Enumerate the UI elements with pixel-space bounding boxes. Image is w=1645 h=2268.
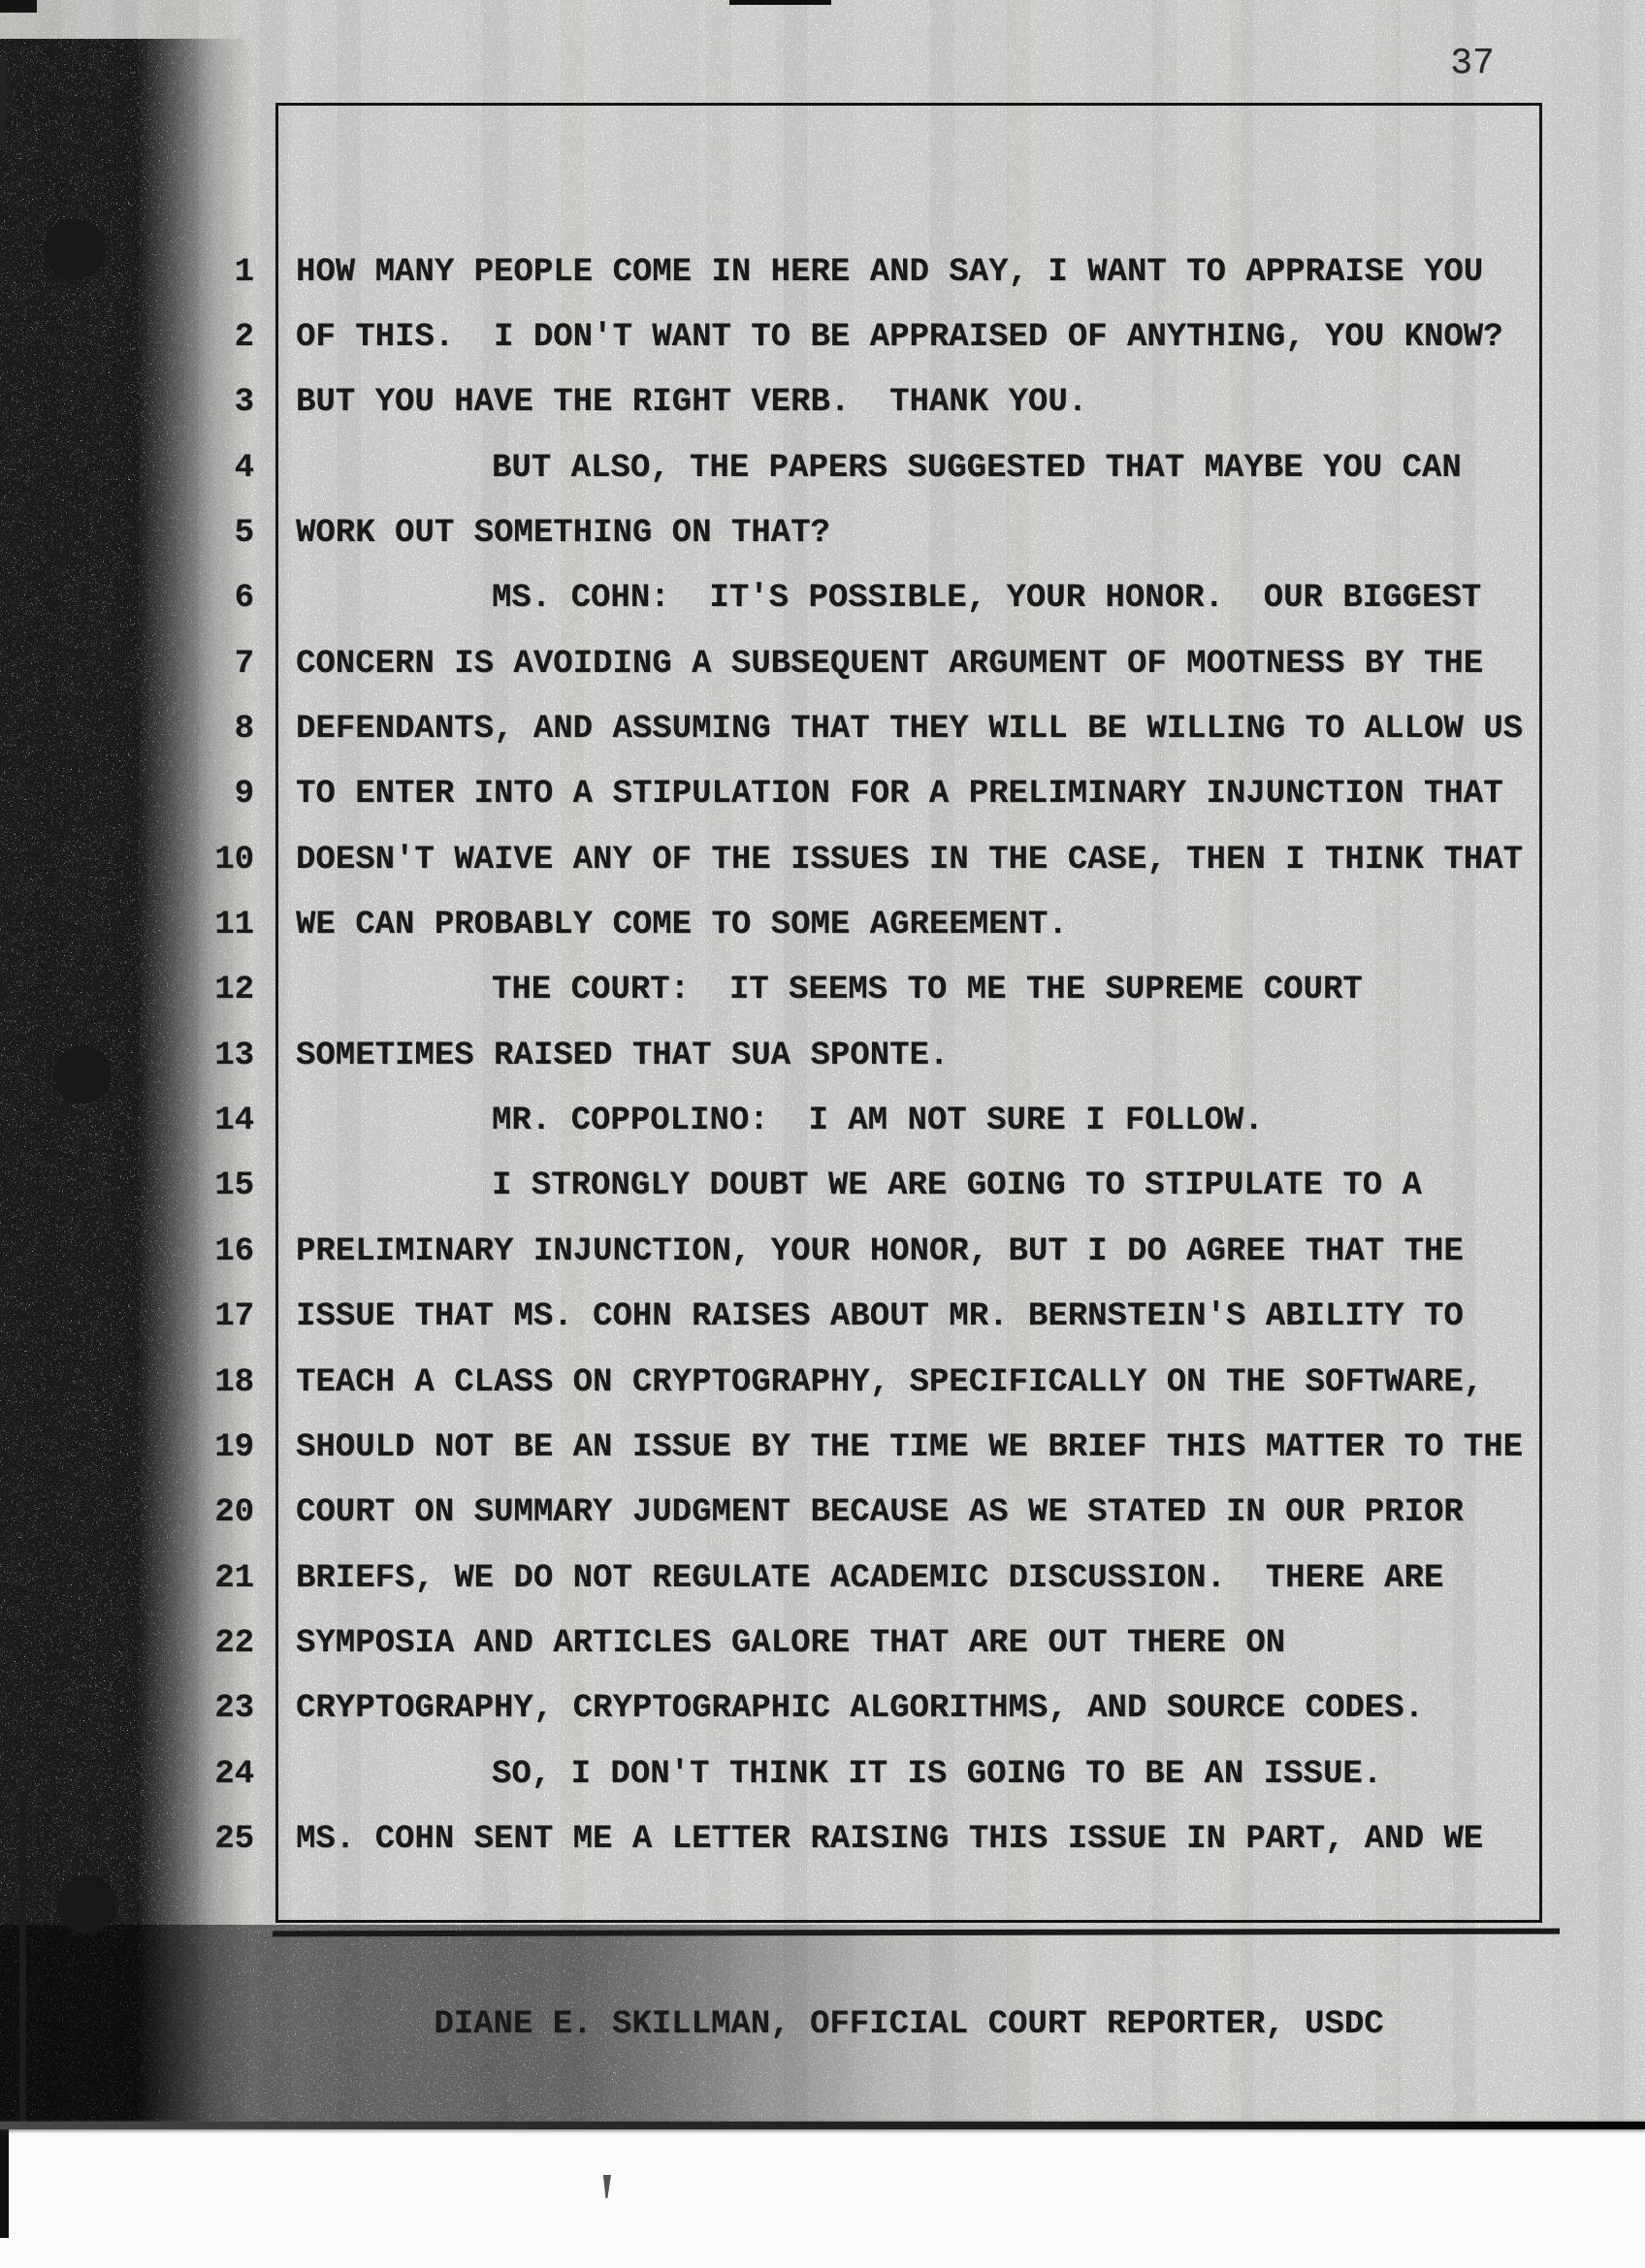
line-text: CONCERN IS AVOIDING A SUBSEQUENT ARGUMEN… [296,646,1483,683]
transcript-lines: 1 HOW MANY PEOPLE COME IN HERE AND SAY, … [0,240,1542,1872]
line-text: BRIEFS, WE DO NOT REGULATE ACADEMIC DISC… [296,1560,1443,1597]
transcript-line: 22 SYMPOSIA AND ARTICLES GALORE THAT ARE… [0,1611,1542,1676]
transcript-line: 20 COURT ON SUMMARY JUDGMENT BECAUSE AS … [0,1481,1542,1546]
line-text: MS. COHN: IT'S POSSIBLE, YOUR HONOR. OUR… [492,580,1481,617]
line-text: MR. COPPOLINO: I AM NOT SURE I FOLLOW. [492,1102,1264,1139]
line-text: COURT ON SUMMARY JUDGMENT BECAUSE AS WE … [296,1494,1464,1531]
scan-artifact-left-edge [0,56,6,148]
line-number: 3 [0,384,254,421]
transcript-line: 19 SHOULD NOT BE AN ISSUE BY THE TIME WE… [0,1415,1542,1480]
line-number: 16 [0,1233,254,1270]
transcript-line: 4 BUT ALSO, THE PAPERS SUGGESTED THAT MA… [0,435,1542,500]
line-text: I STRONGLY DOUBT WE ARE GOING TO STIPULA… [492,1167,1422,1204]
transcript-line: 7 CONCERN IS AVOIDING A SUBSEQUENT ARGUM… [0,631,1542,696]
line-text: SOMETIMES RAISED THAT SUA SPONTE. [296,1038,949,1074]
line-text: TEACH A CLASS ON CRYPTOGRAPHY, SPECIFICA… [296,1364,1483,1401]
line-number: 9 [0,776,254,813]
transcript-line: 12 THE COURT: IT SEEMS TO ME THE SUPREME… [0,958,1542,1023]
line-number: 10 [0,842,254,878]
line-number: 2 [0,319,254,356]
line-number: 14 [0,1102,254,1139]
line-text: WE CAN PROBABLY COME TO SOME AGREEMENT. [296,907,1068,943]
line-number: 19 [0,1429,254,1466]
transcript-line: 14 MR. COPPOLINO: I AM NOT SURE I FOLLOW… [0,1088,1542,1153]
line-number: 13 [0,1038,254,1074]
line-text: ISSUE THAT MS. COHN RAISES ABOUT MR. BER… [296,1298,1464,1335]
scan-artifact-top-dash [729,0,831,5]
transcript-line: 23 CRYPTOGRAPHY, CRYPTOGRAPHIC ALGORITHM… [0,1677,1542,1741]
transcript-line: 1 HOW MANY PEOPLE COME IN HERE AND SAY, … [0,240,1542,304]
line-text: OF THIS. I DON'T WANT TO BE APPRAISED OF… [296,319,1503,356]
transcript-line: 3 BUT YOU HAVE THE RIGHT VERB. THANK YOU… [0,370,1542,435]
transcript-line: 8 DEFENDANTS, AND ASSUMING THAT THEY WIL… [0,696,1542,761]
court-reporter-footer: DIANE E. SKILLMAN, OFFICIAL COURT REPORT… [275,2003,1542,2046]
line-text: SYMPOSIA AND ARTICLES GALORE THAT ARE OU… [296,1625,1285,1662]
transcript-line: 5 WORK OUT SOMETHING ON THAT? [0,500,1542,565]
line-text: WORK OUT SOMETHING ON THAT? [296,515,830,552]
line-number: 24 [0,1756,254,1793]
page-number: 37 [1424,41,1521,87]
scan-shadow-band [0,2122,1645,2129]
line-number: 6 [0,580,254,617]
transcript-line: 9 TO ENTER INTO A STIPULATION FOR A PREL… [0,762,1542,827]
line-number: 23 [0,1690,254,1727]
line-text: THE COURT: IT SEEMS TO ME THE SUPREME CO… [492,972,1363,1008]
line-text: SHOULD NOT BE AN ISSUE BY THE TIME WE BR… [296,1429,1523,1466]
line-number: 7 [0,646,254,683]
scanned-transcript-page: 37 1 HOW MANY PEOPLE COME IN HERE AND SA… [0,0,1645,2268]
transcript-line: 17 ISSUE THAT MS. COHN RAISES ABOUT MR. … [0,1285,1542,1350]
line-number: 20 [0,1494,254,1531]
line-text: DEFENDANTS, AND ASSUMING THAT THEY WILL … [296,711,1523,748]
transcript-line: 10 DOESN'T WAIVE ANY OF THE ISSUES IN TH… [0,827,1542,892]
line-text: MS. COHN SENT ME A LETTER RAISING THIS I… [296,1821,1483,1858]
line-text: SO, I DON'T THINK IT IS GOING TO BE AN I… [492,1756,1382,1793]
line-number: 21 [0,1560,254,1597]
line-text: DOESN'T WAIVE ANY OF THE ISSUES IN THE C… [296,842,1523,878]
line-number: 8 [0,711,254,748]
scan-artifact-corner [0,0,37,13]
line-number: 18 [0,1364,254,1401]
line-text: BUT ALSO, THE PAPERS SUGGESTED THAT MAYB… [492,450,1462,487]
line-number: 17 [0,1298,254,1335]
paper-bottom-edge [0,2129,1645,2268]
line-text: HOW MANY PEOPLE COME IN HERE AND SAY, I … [296,254,1483,291]
scan-artifact-left-line-lower [0,2129,9,2238]
line-text: TO ENTER INTO A STIPULATION FOR A PRELIM… [296,776,1503,813]
transcript-line: 11 WE CAN PROBABLY COME TO SOME AGREEMEN… [0,892,1542,957]
transcript-line: 16 PRELIMINARY INJUNCTION, YOUR HONOR, B… [0,1219,1542,1284]
line-number: 1 [0,254,254,291]
line-text: PRELIMINARY INJUNCTION, YOUR HONOR, BUT … [296,1233,1464,1270]
line-number: 11 [0,907,254,943]
transcript-line: 15 I STRONGLY DOUBT WE ARE GOING TO STIP… [0,1154,1542,1219]
transcript-line: 24 SO, I DON'T THINK IT IS GOING TO BE A… [0,1741,1542,1806]
line-text: BUT YOU HAVE THE RIGHT VERB. THANK YOU. [296,384,1087,421]
line-number: 5 [0,515,254,552]
line-number: 15 [0,1167,254,1204]
transcript-line: 6 MS. COHN: IT'S POSSIBLE, YOUR HONOR. O… [0,566,1542,631]
transcript-line: 18 TEACH A CLASS ON CRYPTOGRAPHY, SPECIF… [0,1350,1542,1415]
line-number: 4 [0,450,254,487]
transcript-line: 25 MS. COHN SENT ME A LETTER RAISING THI… [0,1806,1542,1871]
transcript-line: 21 BRIEFS, WE DO NOT REGULATE ACADEMIC D… [0,1546,1542,1611]
line-number: 25 [0,1821,254,1858]
line-number: 12 [0,972,254,1008]
line-text: CRYPTOGRAPHY, CRYPTOGRAPHIC ALGORITHMS, … [296,1690,1424,1727]
transcript-line: 2 OF THIS. I DON'T WANT TO BE APPRAISED … [0,304,1542,369]
transcript-line: 13 SOMETIMES RAISED THAT SUA SPONTE. [0,1023,1542,1088]
line-number: 22 [0,1625,254,1662]
